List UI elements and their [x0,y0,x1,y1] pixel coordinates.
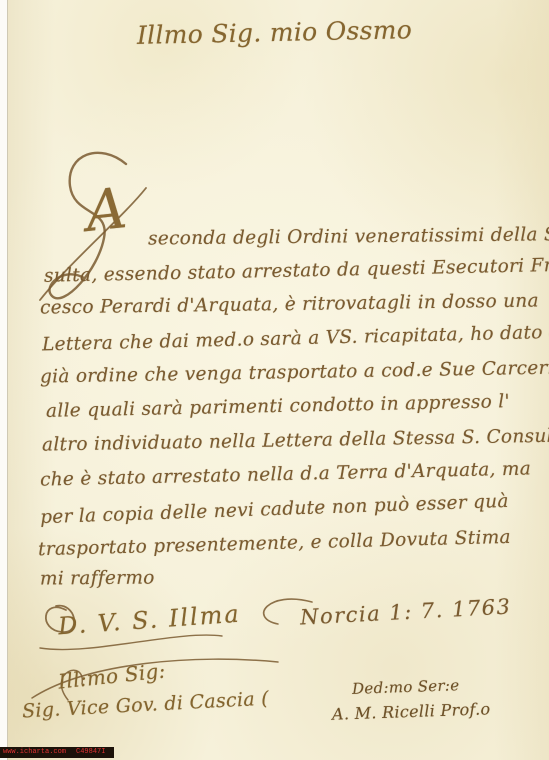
letter-line: Lettera che dai med.o sarà a VS. ricapit… [42,322,549,356]
letter-line: già ordine che venga trasportato a cod.e… [40,357,549,387]
scanner-edge-strip [0,0,8,760]
letter-line: trasportato presentemente, e colla Dovut… [38,527,511,560]
letter-line: che è stato arrestato nella d.a Terra d'… [40,458,531,490]
letter-line: mi raffermo [40,568,155,590]
letter-line: alle quali sarà parimenti condotto in ap… [46,391,510,422]
letter-page: Illmo Sig. mio Ossmo A seconda degli Ord… [0,0,549,760]
dateline: Norcia 1: 7. 1763 [300,594,512,629]
drop-cap-initial: A [83,176,130,245]
signature-line: Ded:mo Ser:e [352,676,460,698]
watermark-code: C49847I [76,749,105,756]
letter-line: altro individuato nella Lettera della St… [42,425,549,455]
watermark-site: www.icharta.com [3,749,66,756]
letter-line: seconda degli Ordini veneratissimi della… [148,224,549,250]
letter-line: per la copia delle nevi cadute non può e… [40,491,509,528]
signature-line: A. M. Ricelli Prof.o [332,699,491,724]
watermark-bar: www.icharta.com C49847I [0,747,114,758]
salutation: Illmo Sig. mio Ossmo [0,12,549,52]
